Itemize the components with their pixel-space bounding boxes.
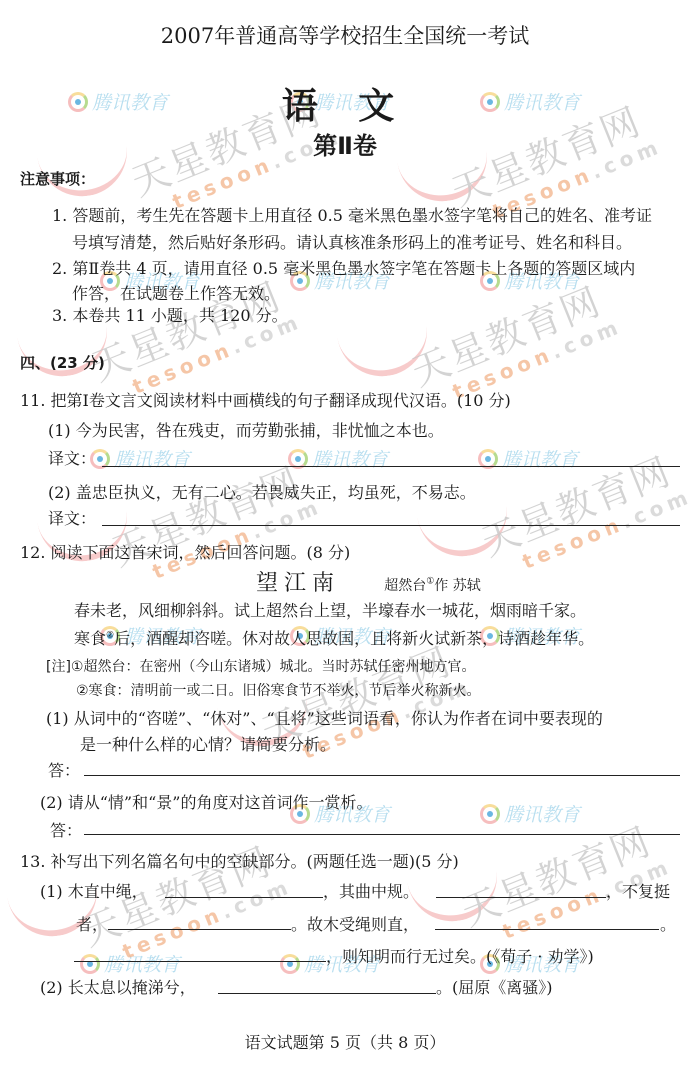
- poem-note-2: ②寒食：清明前一或二日。旧俗寒食节不举火，节后举火称新火。: [76, 680, 481, 700]
- tencent-logo-icon: [280, 954, 300, 974]
- answer-line[interactable]: [84, 834, 680, 835]
- volume-title: 第Ⅱ卷: [0, 126, 690, 161]
- question-13-stem: 13. 补写出下列名篇名句中的空缺部分。(两题任选一题)(5 分): [20, 849, 459, 872]
- notice-item-2-line-1: 2. 第Ⅱ卷共 4 页，请用直径 0.5 毫米黑色墨水签字笔在答题卡上各题的答题…: [52, 256, 635, 279]
- poem-note-1: [注]①超然台：在密州（今山东诸城）城北。当时苏轼任密州地方官。: [46, 656, 475, 676]
- fill-blank[interactable]: [436, 897, 606, 898]
- question-13-sentence-1-part-f: 。: [660, 912, 676, 935]
- question-13-sentence-1-part-d: 者，: [76, 912, 108, 935]
- poem-line-2: 寒食②后，酒醒却咨嗟。休对故人思故国，且将新火试新茶，诗酒趁年华。: [74, 626, 594, 649]
- poem-byline-author: 作 苏轼: [434, 578, 480, 594]
- tencent-watermark: 腾讯教育: [90, 445, 190, 472]
- answer-label: 译文：: [48, 506, 96, 529]
- question-13-sentence-1-part-b: ，其曲中规。: [323, 879, 419, 902]
- tencent-watermark: 腾讯教育: [480, 800, 580, 827]
- answer-line[interactable]: [102, 525, 680, 526]
- notice-item-1-line-1: 1. 答题前，考生先在答题卡上用直径 0.5 毫米黑色墨水签字笔将自己的姓名、准…: [52, 203, 652, 226]
- notice-item-1-line-2: 号填写清楚，然后贴好条形码。请认真核准条形码上的准考证号、姓名和科目。: [72, 230, 632, 253]
- question-13-sentence-1-part-e: 。故木受绳则直，: [291, 912, 419, 935]
- question-11-sentence-2: (2) 盖忠臣执义，无有二心。若畏威失正，均虽死，不易志。: [48, 480, 476, 503]
- answer-label: 答：: [50, 818, 82, 841]
- footnote-marker: ②: [106, 631, 114, 641]
- answer-line[interactable]: [102, 466, 680, 467]
- poem-title: 望江南: [256, 571, 340, 596]
- question-12-stem: 12. 阅读下面这首宋词，然后回答问题。(8 分): [20, 540, 350, 563]
- answer-label: 译文：: [48, 446, 96, 469]
- poem-byline-place: 超然台: [384, 578, 426, 594]
- answer-label: 答：: [48, 758, 80, 781]
- subject-title: 语 文: [0, 78, 690, 129]
- question-11-stem: 11. 把第Ⅰ卷文言文阅读材料中画横线的句子翻译成现代汉语。(10 分): [20, 388, 511, 411]
- question-12-sub-2: (2) 请从“情”和“景”的角度对这首词作一赏析。: [40, 790, 372, 813]
- question-13-sentence-2-part-a: (2) 长太息以掩涕兮，: [40, 975, 196, 998]
- answer-line[interactable]: [84, 775, 680, 776]
- question-13-sentence-1-part-c: ，不复挺: [606, 879, 670, 902]
- exam-title: 2007年普通高等学校招生全国统一考试: [0, 20, 690, 50]
- poem-title-line: 望江南 超然台①作 苏轼: [256, 566, 481, 597]
- tencent-watermark: 腾讯教育: [478, 445, 578, 472]
- notice-item-3: 3. 本卷共 11 小题，共 120 分。: [52, 303, 288, 326]
- fill-blank[interactable]: [218, 993, 436, 994]
- section-heading: 四、(23 分): [20, 352, 105, 373]
- fill-blank[interactable]: [108, 929, 291, 930]
- question-13-sentence-2-part-b: 。(屈原《离骚》): [436, 975, 553, 998]
- notice-item-2-line-2: 作答，在试题卷上作答无效。: [72, 281, 280, 304]
- fill-blank[interactable]: [165, 897, 323, 898]
- question-12-sub-1-line-2: 是一种什么样的心情？请简要分析。: [80, 732, 336, 755]
- fill-blank[interactable]: [74, 961, 326, 962]
- tencent-logo-icon: [480, 804, 500, 824]
- question-13-sentence-1-part-a: (1) 木直中绳，: [40, 879, 148, 902]
- fill-blank[interactable]: [435, 929, 659, 930]
- exam-page: 腾讯教育 腾讯教育 腾讯教育 腾讯教育 腾讯教育 腾讯教育 腾讯教育 腾讯教育 …: [0, 0, 690, 1083]
- question-12-sub-1-line-1: (1) 从词中的“咨嗟”、“休对”、“且将”这些词语看，你认为作者在词中要表现的: [46, 706, 603, 729]
- poem-line-1: 春未老，风细柳斜斜。试上超然台上望，半壕春水一城花，烟雨暗千家。: [74, 598, 586, 621]
- notice-heading: 注意事项：: [20, 168, 95, 189]
- question-11-sentence-1: (1) 今为民害，咎在残吏，而劳勤张捕，非忧恤之本也。: [48, 418, 444, 441]
- page-footer: 语文试题第 5 页（共 8 页）: [0, 1030, 690, 1053]
- question-13-sentence-1-part-g: ，则知明而行无过矣。(《荀子 · 劝学》): [326, 944, 594, 967]
